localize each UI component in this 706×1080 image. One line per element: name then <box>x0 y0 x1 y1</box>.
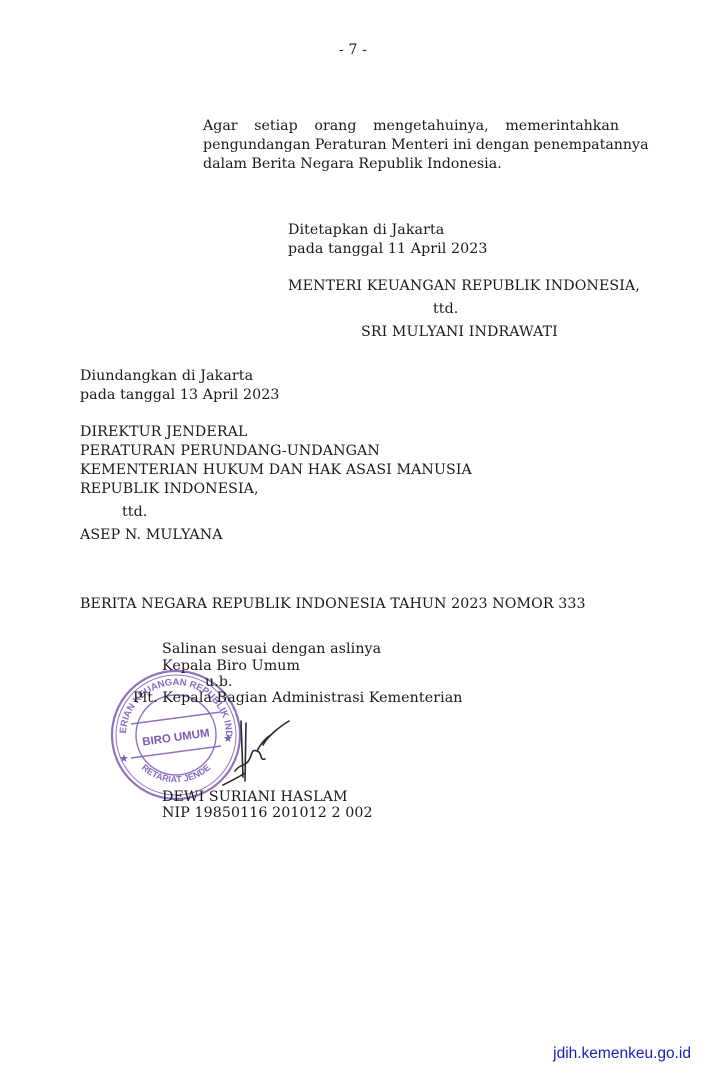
certifier-nip: NIP 19850116 201012 2 002 <box>162 804 373 823</box>
enactment-date: pada tanggal 11 April 2023 <box>288 240 488 259</box>
promulgation-date: pada tanggal 13 April 2023 <box>80 386 280 405</box>
promulgation-place: Diundangkan di Jakarta <box>80 367 253 386</box>
star-icon: ★ <box>119 752 129 765</box>
stamp-center-text: BIRO UMUM <box>142 727 211 748</box>
enactment-office: MENTERI KEUANGAN REPUBLIK INDONESIA, <box>288 277 640 296</box>
certified-copy-line: Plt. Kepala Bagian Administrasi Kementer… <box>133 689 463 708</box>
enactment-signed: ttd. <box>433 300 458 319</box>
promulgation-office-line: DIREKTUR JENDERAL <box>80 423 247 442</box>
promulgation-signed: ttd. <box>122 503 147 522</box>
promulgation-name: ASEP N. MULYANA <box>80 526 223 545</box>
closing-paragraph: Agar setiap orang mengetahuinya, memerin… <box>203 117 619 174</box>
jdih-link[interactable]: jdih.kemenkeu.go.id <box>553 1045 691 1063</box>
paragraph-line: Agar setiap orang mengetahuinya, memerin… <box>203 117 619 136</box>
paragraph-line: dalam Berita Negara Republik Indonesia. <box>203 155 619 174</box>
enactment-name: SRI MULYANI INDRAWATI <box>361 323 558 342</box>
promulgation-office-line: REPUBLIK INDONESIA, <box>80 480 259 499</box>
handwritten-signature <box>205 715 295 795</box>
gazette-reference: BERITA NEGARA REPUBLIK INDONESIA TAHUN 2… <box>80 595 586 614</box>
promulgation-office-line: KEMENTERIAN HUKUM DAN HAK ASASI MANUSIA <box>80 461 472 480</box>
promulgation-office-line: PERATURAN PERUNDANG-UNDANGAN <box>80 442 380 461</box>
page-number: - 7 - <box>0 41 706 60</box>
enactment-place: Ditetapkan di Jakarta <box>288 221 444 240</box>
paragraph-line: pengundangan Peraturan Menteri ini denga… <box>203 136 619 155</box>
